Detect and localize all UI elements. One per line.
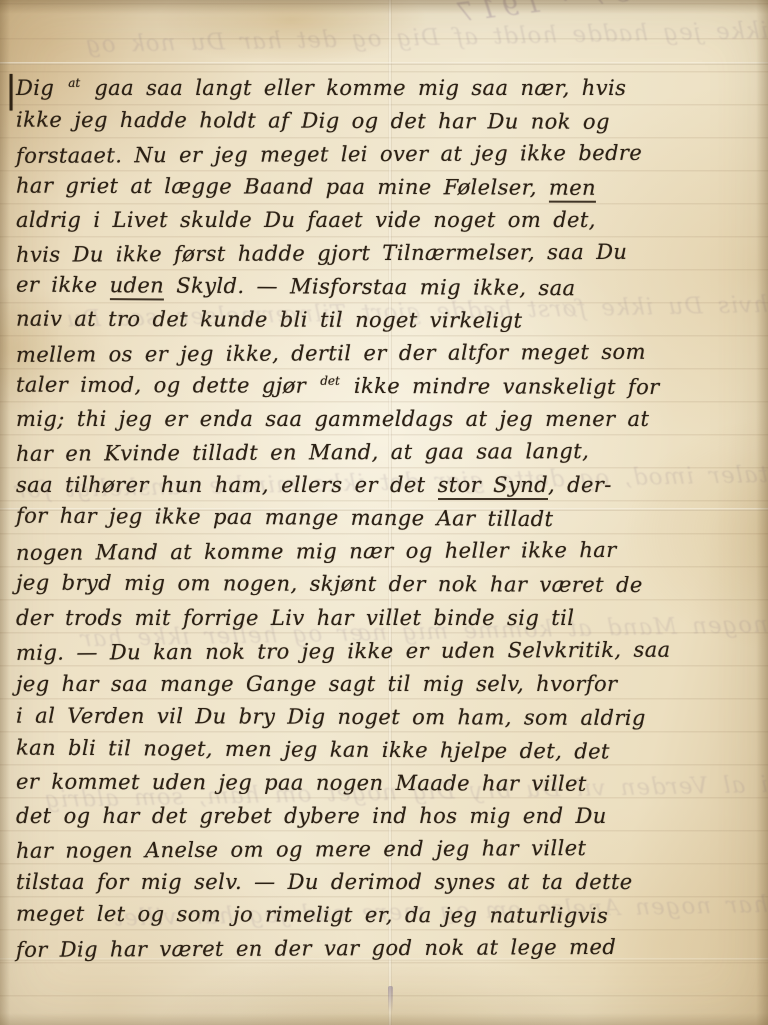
horizontal-fold-crease-top	[0, 62, 768, 65]
letter-line: er kommet uden jeg paa nogen Maade har v…	[16, 766, 764, 802]
letter-line: mig. — Du kan nok tro jeg ikke er uden S…	[16, 633, 764, 670]
letter-line: for har jeg ikke paa mange mange Aar til…	[16, 500, 764, 538]
letter-line: tilstaa for mig selv. — Du derimod synes…	[16, 866, 764, 899]
letter-line: nogen Mand at komme mig nær og heller ik…	[16, 533, 764, 570]
letter-line: Dig at gaa saa langt eller komme mig saa…	[16, 72, 764, 105]
letter-line: forstaaet. Nu er jeg meget lei over at j…	[16, 136, 764, 173]
letter-line: jeg har saa mange Gange sagt til mig sel…	[16, 668, 764, 701]
letter-line: meget let og som jo rimeligt er, da jeg …	[16, 898, 764, 934]
letter-line: hvis Du ikke først hadde gjort Tilnærmel…	[16, 236, 764, 273]
letter-line: mellem os er jeg ikke, dertil er der alt…	[16, 335, 764, 372]
letter-line: har nogen Anelse om og mere end jeg har …	[16, 831, 764, 868]
letter-line: saa tilhører hun ham, ellers er det stor…	[16, 469, 764, 502]
letter-line: det og har det grebet dybere ind hos mig…	[16, 800, 764, 833]
letter-line: naiv at tro det kunde bli til noget virk…	[16, 302, 764, 338]
letter-line: for Dig har været en der var god nok at …	[16, 931, 764, 968]
letter-scan-page: ikke jeg hadde holdt af Dig og det har D…	[0, 0, 768, 1025]
letter-lines: Dig at gaa saa langt eller komme mig saa…	[16, 72, 764, 966]
fold-mark-bottom	[388, 986, 393, 1012]
letter-line: ikke jeg hadde holdt af Dig og det har D…	[16, 104, 764, 140]
letter-line: i al Verden vil Du bry Dig noget om ham,…	[16, 699, 764, 735]
faint-pencil-inscription: 97 · 1917	[230, 0, 631, 56]
letter-line: kan bli til noget, men jeg kan ikke hjel…	[16, 731, 764, 769]
letter-line: taler imod, og dette gjør det ikke mindr…	[16, 368, 764, 404]
letter-line: har en Kvinde tilladt en Mand, at gaa sa…	[16, 434, 764, 471]
letter-line: der trods mit forrige Liv har villet bin…	[16, 602, 764, 635]
bleedthrough-text: ikke jeg hadde holdt af Dig og det har D…	[0, 18, 768, 60]
letter-line: er ikke uden Skyld. — Misforstaa mig ikk…	[16, 268, 764, 306]
letter-line: har griet at lægge Baand paa mine Følels…	[16, 170, 764, 206]
letter-line: mig; thi jeg er enda saa gammeldags at j…	[16, 403, 764, 436]
letter-line: aldrig i Livet skulde Du faaet vide noge…	[16, 204, 764, 237]
letter-line: jeg bryd mig om nogen, skjønt der nok ha…	[16, 567, 764, 603]
